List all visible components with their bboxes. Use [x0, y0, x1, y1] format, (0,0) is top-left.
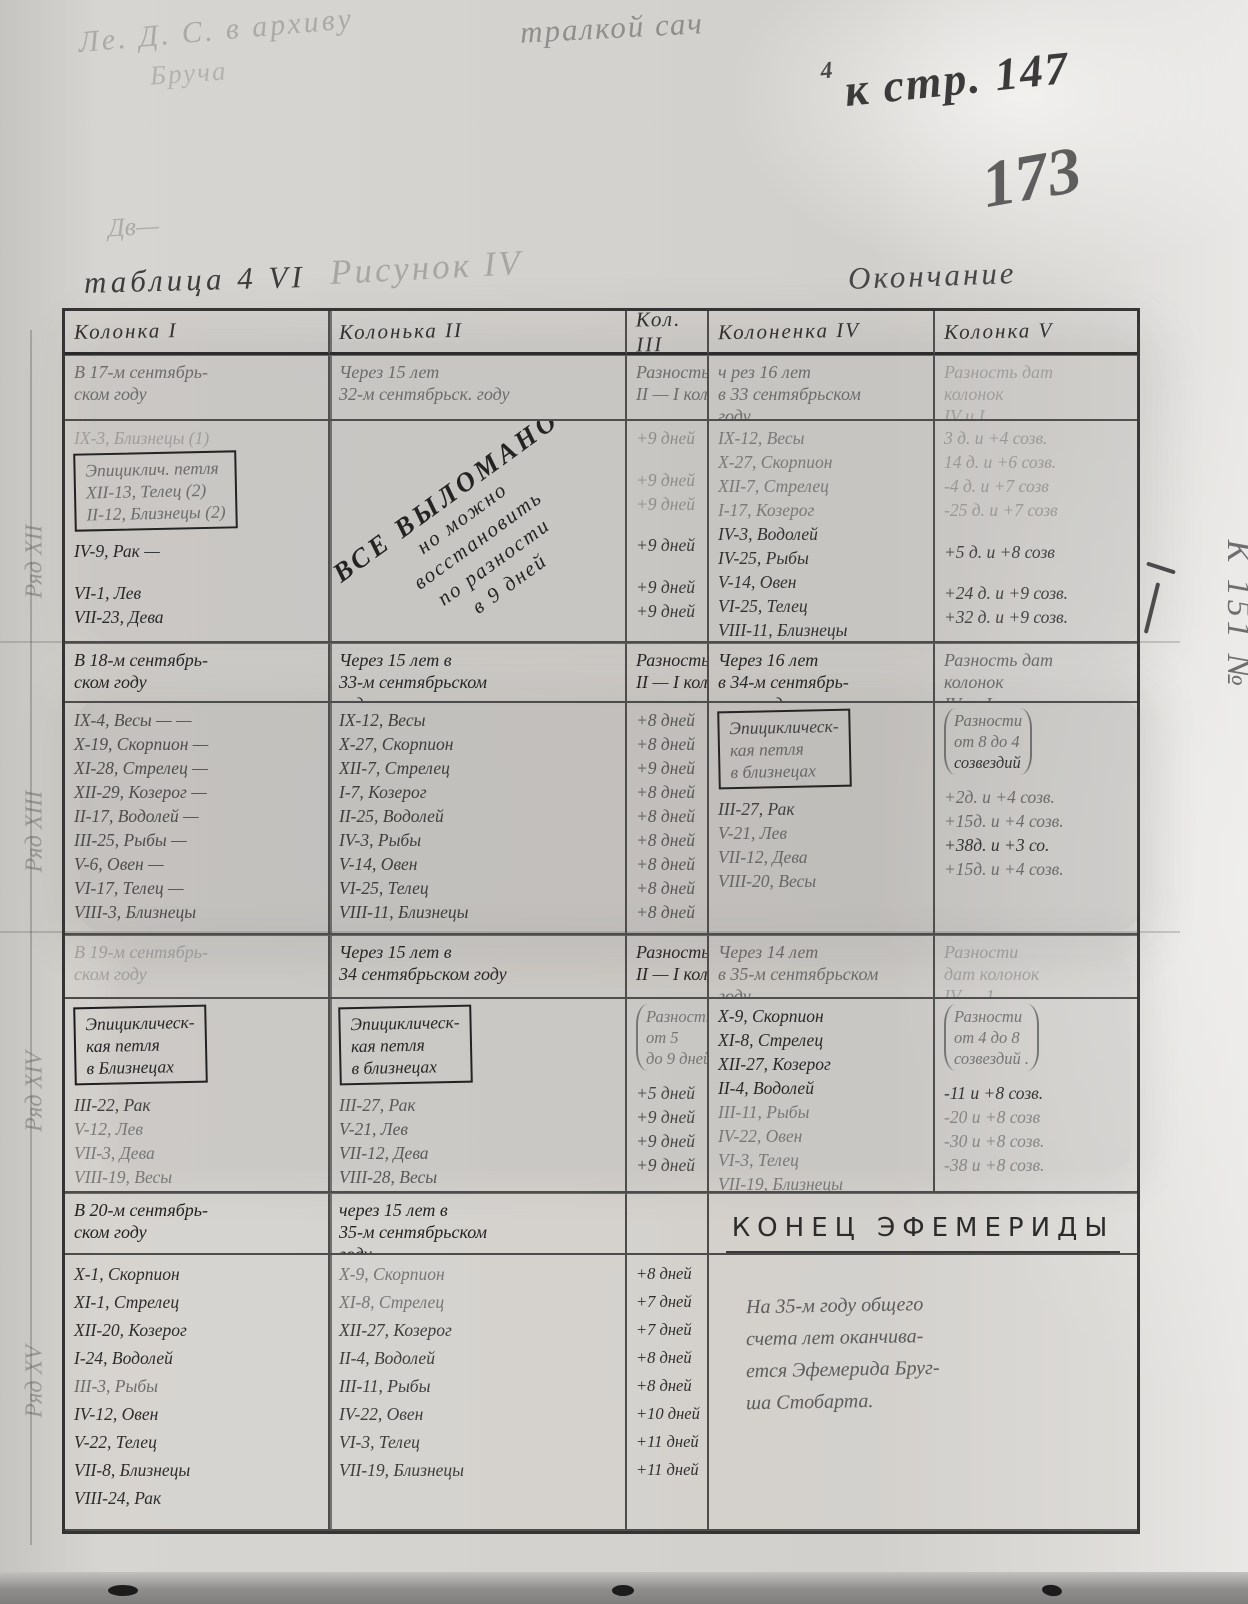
margin-row-label-15: Ряд XV — [22, 1317, 49, 1447]
list-item: X-27, Скорпион — [718, 450, 924, 474]
reference-text: к стр. 147 — [842, 42, 1072, 116]
list-item: X-9, Скорпион — [718, 1004, 924, 1028]
list-item: в близнецах — [351, 1055, 460, 1079]
section3-col2: Эпициклическ-кая петляв близнецах III-27… — [330, 999, 627, 1193]
list-item: IV и I — [944, 405, 1128, 421]
section3-col4-head: Через 14 летв 35-м сентябрьскомгоду — [709, 935, 935, 999]
list-item: XI-28, Стрелец — — [74, 756, 319, 780]
list-item: IX-12, Весы — [718, 426, 924, 450]
list-item: Эпициклическ- — [85, 1011, 194, 1035]
list-item: +38д. и +3 со. — [944, 833, 1128, 857]
list-item: до 9 дней — [646, 1048, 709, 1069]
list-item: +8 дней — [636, 852, 698, 876]
section1-col5: 3 д. и +4 созв.14 д. и +6 созв.-4 д. и +… — [935, 421, 1137, 643]
section1-col2: ВСЕ ВЫЛОМАНОно можновосстановитьпо разно… — [330, 421, 627, 643]
margin-row-label-13: Ряд XIII — [22, 767, 49, 897]
list-item: XII-29, Козерог — — [74, 780, 319, 804]
list-item: II-25, Водолей — [339, 804, 616, 828]
list-item: В 19-м сентябрь- — [74, 941, 319, 963]
list-item: II-12, Близнецы (2) — [86, 501, 226, 526]
table-title-faint-overwrite: Рисунок IV — [329, 243, 524, 293]
section2-col1: IX-4, Весы — —X-19, Скорпион —XI-28, Стр… — [65, 703, 330, 935]
section2-col2: IX-12, ВесыX-27, СкорпионXII-7, СтрелецI… — [330, 703, 627, 935]
list-item: IX-3, Близнецы (1) — [74, 426, 319, 450]
list-item: -4 д. и +7 созв — [944, 474, 1128, 498]
epicyclic-loop-box: Эпициклическ-кая петляв Близнецах — [73, 1005, 208, 1086]
section2-col5: Разностиот 8 до 4созвездий +2д. и +4 соз… — [935, 703, 1137, 935]
list-item — [636, 450, 698, 468]
column-header-label: Колонка I — [74, 318, 178, 345]
section1-year-cell: В 17-м сентябрь-ском году — [65, 355, 330, 421]
list-item: VIII-19, Весы — [74, 1165, 319, 1189]
differences-bracket-note: Разностьот 5до 9 дней — [636, 1004, 709, 1071]
list-item: +8 дней — [636, 1372, 698, 1400]
list-item: году — [339, 1243, 616, 1255]
section3-col5: Разностиот 4 до 8созвездий . -11 и +8 со… — [935, 999, 1137, 1193]
pencil-stroke — [1144, 582, 1160, 633]
list-item: IV-9, Рак — — [74, 539, 319, 563]
list-item: Разность дат — [944, 649, 1128, 671]
list-item: VIII-24, Рак — [74, 1484, 319, 1512]
section4-col2-head: через 15 лет в35-м сентябрьскомгоду — [330, 1193, 627, 1255]
list-item: +5 д. и +8 созв — [944, 540, 1128, 564]
list-item: Через 15 лет в — [339, 649, 616, 671]
list-item: IV-22, Овен — [718, 1124, 924, 1148]
list-item: ском году — [74, 963, 319, 985]
list-item: созвездий . — [954, 1048, 1029, 1069]
list-item — [636, 557, 698, 575]
list-item: XI-1, Стрелец — [74, 1288, 319, 1316]
list-item: -25 д. и +7 созв — [944, 498, 1128, 522]
list-item: X-27, Скорпион — [339, 732, 616, 756]
list-item: IV-25, Рыбы — [718, 546, 924, 570]
list-item: в 35-м сентябрьском — [718, 963, 924, 985]
list-item: +9 дней — [636, 492, 698, 516]
difference-values: +5 дней+9 дней+9 дней+9 дней — [636, 1081, 698, 1177]
list-item: +24 д. и +9 созв. — [944, 581, 1128, 605]
column-header-label: Колоненка IV — [718, 318, 860, 345]
list-item: +9 дней — [636, 426, 698, 450]
epicyclic-loop-box: Эпициклич. петляXII-13, Телец (2)II-12, … — [73, 450, 238, 531]
list-item: X-1, Скорпион — [74, 1260, 319, 1288]
list-item: V-14, Овен — [339, 852, 616, 876]
list-item: IV-3, Рыбы — [339, 828, 616, 852]
list-item: 32-м сентябрьск. году — [339, 383, 616, 405]
list-item: 33-м сентябрьском — [339, 671, 616, 693]
list-item: -11 и +8 созв. — [944, 1081, 1128, 1105]
list-item: +8 дней — [636, 828, 698, 852]
list-item: III-3, Рыбы — [74, 1372, 319, 1400]
list-item: году — [339, 693, 616, 703]
section2-year-cell: В 18-м сентябрь-ском году — [65, 643, 330, 703]
section2-col2-head: Через 15 лет в33-м сентябрьскомгоду — [330, 643, 627, 703]
list-item: -30 и +8 созв. — [944, 1129, 1128, 1153]
list-item: III-27, Рак — [718, 797, 924, 821]
list-item: Через 16 лет — [718, 649, 924, 671]
list-item: Через 14 лет — [718, 941, 924, 963]
difference-values: -11 и +8 созв.-20 и +8 созв-30 и +8 созв… — [944, 1081, 1128, 1177]
list-item: VIII-11, Близнецы — [718, 618, 924, 642]
list-item: в 33 сентябрьском — [718, 383, 924, 405]
list-item: +8 дней — [636, 732, 698, 756]
scanned-page-background: Ле. Д. С. в архиву Бруча тралкой сач Дв—… — [0, 0, 1248, 1604]
list-item: дат колонок — [944, 963, 1128, 985]
list-item: +15д. и +4 созв. — [944, 809, 1128, 833]
list-item: от 8 до 4 — [954, 731, 1022, 752]
list-item: 3 д. и +4 созв. — [944, 426, 1128, 450]
top-left-scribble-line1: Ле. Д. С. в архиву — [77, 2, 355, 60]
list-item: -38 и +8 созв. — [944, 1153, 1128, 1177]
list-item: +8 дней — [636, 780, 698, 804]
list-item: II — I кол. — [636, 963, 698, 985]
column-header-3: Кол. III — [627, 311, 709, 355]
list-item: IX-12, Весы — [339, 708, 616, 732]
column-header-4: Колоненка IV — [709, 311, 935, 355]
list-item: 34 сентябрьском году — [339, 963, 616, 985]
section4-year-cell: В 20-м сентябрь-ском году — [65, 1193, 330, 1255]
list-item: IV-12, Овен — [74, 1400, 319, 1428]
list-item: X-19, Скорпион — — [74, 732, 319, 756]
zodiac-entries: IV-9, Рак —VI-1, ЛевVII-23, Дева — [74, 539, 319, 629]
list-item: году — [718, 985, 924, 999]
list-item: В 17-м сентябрь- — [74, 361, 319, 383]
list-item: I-24, Водолей — [74, 1344, 319, 1372]
margin-row-label-14: Ряд XIV — [22, 1027, 49, 1157]
list-item: III-27, Рак — [339, 1093, 616, 1117]
list-item: VI-17, Телец — — [74, 876, 319, 900]
list-item: +8 дней — [636, 804, 698, 828]
list-item: +7 дней — [636, 1288, 698, 1316]
zodiac-entries: III-27, РакV-21, ЛевVII-12, ДеваVIII-20,… — [718, 797, 924, 893]
list-item: Эпициклическ- — [350, 1011, 459, 1035]
list-item: +11 дней — [636, 1428, 698, 1456]
list-item: VII-3, Дева — [74, 1141, 319, 1165]
list-item: +7 дней — [636, 1316, 698, 1344]
list-item: XI-8, Стрелец — [339, 1288, 616, 1316]
end-of-ephemeris-title: КОНЕЦ ЭФЕМЕРИДЫ — [726, 1203, 1121, 1254]
list-item: Разность — [636, 361, 698, 383]
list-item: Через 15 лет — [339, 361, 616, 383]
page-number-note: 173 — [976, 132, 1087, 224]
section1-col2-head: Через 15 лет32-м сентябрьск. году — [330, 355, 627, 421]
list-item: VI-3, Телец — [718, 1148, 924, 1172]
section4-col3: +8 дней+7 дней+7 дней+8 дней+8 дней+10 д… — [627, 1255, 709, 1531]
list-item: XII-7, Стрелец — [339, 756, 616, 780]
list-item: +9 дней — [636, 575, 698, 599]
list-item: +9 дней — [636, 1129, 698, 1153]
list-item: +8 дней — [636, 1260, 698, 1288]
section1-col3-head: РазностьII — I кол. — [627, 355, 709, 421]
list-item: в Близнецах — [86, 1055, 195, 1079]
difference-values: +2д. и +4 созв.+15д. и +4 созв.+38д. и +… — [944, 785, 1128, 881]
section4-col2: X-9, СкорпионXI-8, СтрелецXII-27, Козеро… — [330, 1255, 627, 1531]
table-title: таблица 4 VI — [84, 259, 307, 301]
section3-col5-head: Разностидат колонокIV — 1 — [935, 935, 1137, 999]
list-item: II-4, Водолей — [718, 1076, 924, 1100]
list-item: +2д. и +4 созв. — [944, 785, 1128, 809]
section3-col3-head: РазностьII — I кол. — [627, 935, 709, 999]
list-item: IX-4, Весы — — — [74, 708, 319, 732]
top-center-scribble: тралкой сач — [519, 5, 704, 51]
list-item: +15д. и +4 созв. — [944, 857, 1128, 881]
margin-row-label-12: Ряд XII — [22, 497, 49, 627]
list-item: VII-19, Близнецы — [718, 1172, 924, 1193]
list-item: V-6, Овен — — [74, 852, 319, 876]
list-item: ском году — [74, 383, 319, 405]
list-item: В 20-м сентябрь- — [74, 1199, 319, 1221]
list-item: кая петля — [86, 1033, 195, 1057]
list-item: VII-8, Близнецы — [74, 1456, 319, 1484]
list-item: III-22, Рак — [74, 1093, 319, 1117]
list-item: +8 дней — [636, 1344, 698, 1372]
list-item: году — [718, 405, 924, 421]
list-item: II — I кол. — [636, 383, 698, 405]
list-item: ском году — [74, 1221, 319, 1243]
list-item: VII-19, Близнецы — [339, 1456, 616, 1484]
section3-col3: Разностьот 5до 9 дней +5 дней+9 дней+9 д… — [627, 999, 709, 1193]
list-item: III-25, Рыбы — — [74, 828, 319, 852]
faint-entry: IX-3, Близнецы (1) — [74, 426, 319, 450]
list-item: VI-25, Телец — [339, 876, 616, 900]
list-item: +9 дней — [636, 756, 698, 780]
list-item: +9 дней — [636, 1153, 698, 1177]
list-item: VII-12, Дева — [339, 1141, 616, 1165]
list-item: колонок — [944, 383, 1128, 405]
torn-out-diagonal-note: ВСЕ ВЫЛОМАНОно можновосстановитьпо разно… — [330, 421, 627, 643]
list-item: Эпициклич. петля — [85, 457, 225, 482]
list-item: IV-22, Овен — [339, 1400, 616, 1428]
section4-col3-head — [627, 1193, 709, 1255]
list-item: XI-8, Стрелец — [718, 1028, 924, 1052]
list-item: Разности — [954, 710, 1022, 731]
zodiac-entries: III-27, РакV-21, ЛевVII-12, ДеваVIII-28,… — [339, 1093, 616, 1189]
column-header-2: Колонька II — [330, 311, 627, 355]
epicyclic-loop-box: Эпициклическ-кая петляв близнецах — [717, 709, 852, 790]
list-item: XII-27, Козерог — [339, 1316, 616, 1344]
page-reference-note: 4к стр. 147 — [850, 41, 1072, 116]
column-header-label: Кол. III — [636, 311, 699, 355]
list-item: 35-м сентябрьском — [339, 1221, 616, 1243]
list-item: ском году — [74, 671, 319, 693]
list-item: I-17, Козерог — [718, 498, 924, 522]
ephemeris-table: Колонка I Колонька II Кол. III Колоненка… — [62, 308, 1140, 1534]
list-item: -20 и +8 созв — [944, 1105, 1128, 1129]
list-item: VI-1, Лев — [74, 581, 319, 605]
list-item: +8 дней — [636, 876, 698, 900]
closing-note-cell: На 35-м году общегосчета лет оканчива-ет… — [709, 1255, 1137, 1531]
list-item: XII-27, Козерог — [718, 1052, 924, 1076]
list-item: V-12, Лев — [74, 1117, 319, 1141]
list-item — [636, 516, 698, 534]
list-item: II — I кол — [636, 671, 698, 693]
list-item: VI-3, Телец — [339, 1428, 616, 1456]
list-item: ша Стобарта. — [746, 1381, 1119, 1419]
differences-bracket-note: Разностиот 8 до 4созвездий — [944, 708, 1032, 775]
list-item: IV-3, Водолей — [718, 522, 924, 546]
section4-col1: X-1, СкорпионXI-1, СтрелецXII-20, Козеро… — [65, 1255, 330, 1531]
list-item: Разность — [646, 1006, 709, 1027]
scan-artifact — [612, 1585, 634, 1596]
list-item: +32 д. и +9 созв. — [944, 605, 1128, 629]
list-item: VII-12, Дева — [718, 845, 924, 869]
closing-note: На 35-м году общегосчета лет оканчива-ет… — [746, 1288, 1118, 1416]
list-item: IV — I — [944, 693, 1128, 703]
list-item — [944, 522, 1128, 540]
section1-col4: IX-12, ВесыX-27, СкорпионXII-7, СтрелецI… — [709, 421, 935, 643]
list-item: IV — 1 — [944, 985, 1128, 999]
top-left-scribble-line2: Бруча — [149, 55, 228, 91]
list-item: V-21, Лев — [718, 821, 924, 845]
epicyclic-loop-box: Эпициклическ-кая петляв близнецах — [338, 1005, 473, 1086]
list-item: III-11, Рыбы — [718, 1100, 924, 1124]
list-item: Разность — [636, 941, 698, 963]
list-item: VIII-20, Весы — [718, 869, 924, 893]
list-item: через 15 лет в — [339, 1199, 616, 1221]
list-item: V-14, Овен — [718, 570, 924, 594]
list-item: III-11, Рыбы — [339, 1372, 616, 1400]
list-item: Разность дат — [944, 361, 1128, 383]
list-item: +9 дней — [636, 599, 698, 623]
list-item: ч рез 16 лет — [718, 361, 924, 383]
section2-col3: +8 дней+8 дней+9 дней+8 дней+8 дней+8 дн… — [627, 703, 709, 935]
reference-superscript: 4 — [819, 57, 836, 84]
list-item — [944, 564, 1128, 582]
column-header-1: Колонка I — [65, 311, 330, 355]
mid-left-scribble: Дв— — [107, 211, 159, 244]
list-item: Эпициклическ- — [729, 715, 838, 739]
list-item: от 5 — [646, 1027, 709, 1048]
section2-col5-head: Разность датколонокIV — I — [935, 643, 1137, 703]
column-header-label: Колонька II — [339, 318, 463, 345]
list-item: VII-23, Дева — [74, 605, 319, 629]
section1-col1: IX-3, Близнецы (1) Эпициклич. петляXII-1… — [65, 421, 330, 643]
list-item: XII-20, Козерог — [74, 1316, 319, 1344]
list-item: Разности — [954, 1006, 1029, 1027]
list-item: кая петля — [351, 1033, 460, 1057]
list-item: +11 дней — [636, 1456, 698, 1484]
column-header-label: Колонка V — [944, 318, 1054, 345]
list-item: в близнецах — [730, 759, 839, 783]
list-item: XII-7, Стрелец — [718, 474, 924, 498]
list-item: +5 дней — [636, 1081, 698, 1105]
list-item: V-21, Лев — [339, 1117, 616, 1141]
section2-col4-head: Через 16 летв 34-м сентябрь-ском году. — [709, 643, 935, 703]
section1-col5-head: Разность датколонокIV и I — [935, 355, 1137, 421]
list-item: Разность — [636, 649, 698, 671]
list-item: кая петля — [730, 737, 839, 761]
list-item: 14 д. и +6 созв. — [944, 450, 1128, 474]
list-item: II-4, Водолей — [339, 1344, 616, 1372]
list-item: ском году. — [718, 693, 924, 703]
pencil-stroke — [1146, 561, 1176, 574]
list-item: созвездий — [954, 752, 1022, 773]
list-item: I-7, Козерог — [339, 780, 616, 804]
end-of-ephemeris-cell: КОНЕЦ ЭФЕМЕРИДЫ — [709, 1193, 1137, 1255]
column-header-5: Колонка V — [935, 311, 1137, 355]
list-item: В 18-м сентябрь- — [74, 649, 319, 671]
continuation-label: Окончание — [847, 255, 1017, 297]
section3-col1: Эпициклическ-кая петляв Близнецах III-22… — [65, 999, 330, 1193]
section1-col3: +9 дней+9 дней+9 дней+9 дней+9 дней+9 дн… — [627, 421, 709, 643]
scan-artifact — [108, 1585, 138, 1596]
list-item — [74, 563, 319, 581]
list-item: VIII-3, Близнецы — [74, 900, 319, 924]
zodiac-entries: III-22, РакV-12, ЛевVII-3, ДеваVIII-19, … — [74, 1093, 319, 1189]
list-item: от 4 до 8 — [954, 1027, 1029, 1048]
section2-col4: Эпициклическ-кая петляв близнецах III-27… — [709, 703, 935, 935]
section2-col3-head: РазностьII — I кол — [627, 643, 709, 703]
list-item: VIII-11, Близнецы — [339, 900, 616, 924]
list-item: II-17, Водолей — — [74, 804, 319, 828]
section3-col4: X-9, СкорпионXI-8, СтрелецXII-27, Козеро… — [709, 999, 935, 1193]
list-item: X-9, Скорпион — [339, 1260, 616, 1288]
list-item: +8 дней — [636, 900, 698, 924]
list-item: +9 дней — [636, 1105, 698, 1129]
list-item: Через 15 лет в — [339, 941, 616, 963]
list-item: Разности — [944, 941, 1128, 963]
section3-year-cell: В 19-м сентябрь-ском году — [65, 935, 330, 999]
list-item: +8 дней — [636, 708, 698, 732]
list-item: VI-25, Телец — [718, 594, 924, 618]
differences-bracket-note: Разностиот 4 до 8созвездий . — [944, 1004, 1039, 1071]
right-margin-note: К 151 № — [1219, 505, 1248, 725]
list-item: +9 дней — [636, 533, 698, 557]
list-item: XII-13, Телец (2) — [86, 479, 226, 504]
list-item: в 34-м сентябрь- — [718, 671, 924, 693]
list-item: V-22, Телец — [74, 1428, 319, 1456]
list-item: +10 дней — [636, 1400, 698, 1428]
list-item: колонок — [944, 671, 1128, 693]
section1-col4-head: ч рез 16 летв 33 сентябрьскомгоду — [709, 355, 935, 421]
section3-col2-head: Через 15 лет в34 сентябрьском году — [330, 935, 627, 999]
list-item: +9 дней — [636, 468, 698, 492]
list-item: VIII-28, Весы — [339, 1165, 616, 1189]
